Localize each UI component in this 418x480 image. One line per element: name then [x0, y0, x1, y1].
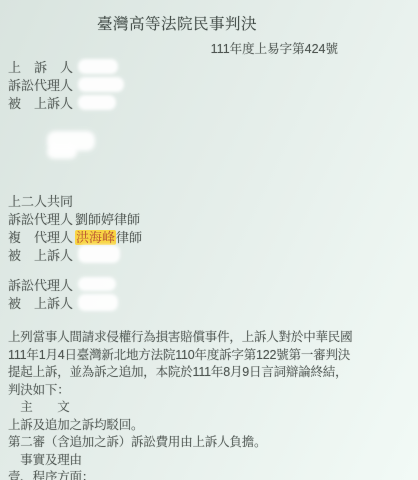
party-label: 複 代理人 — [8, 227, 73, 246]
body-line: 111年1月4日臺灣新北地方法院110年度訴字第122號第一審判決 — [8, 347, 418, 365]
party-row-appellee: 被 上訴人 — [0, 93, 418, 111]
case-number: 111年度上易字第424號 — [0, 39, 418, 57]
party-label: 被 上訴人 — [8, 293, 73, 312]
redaction-blob — [78, 294, 118, 311]
redaction-blob — [78, 77, 124, 92]
party-row-appellant: 上 訴 人 — [0, 57, 418, 75]
party-name: 洪海峰律師 — [75, 227, 142, 246]
ruling-line: 上訴及追加之訴均駁回。 — [8, 417, 418, 435]
party-label: 訴訟代理人 — [8, 209, 73, 228]
party-label: 被 上訴人 — [8, 93, 73, 112]
judgment-body: 上列當事人間請求侵權行為損害賠償事件，上訴人對於中華民國 111年1月4日臺灣新… — [0, 329, 418, 480]
highlighted-name: 洪海峰 — [75, 230, 116, 245]
redaction-blob — [78, 95, 116, 110]
party-row-appellee: 被 上訴人 — [0, 293, 418, 311]
party-row-joint-note: 上二人共同 — [0, 191, 418, 209]
party-label: 上 訴 人 — [8, 57, 73, 76]
party-label: 訴訟代理人 — [8, 275, 73, 294]
spacer — [0, 263, 418, 275]
spacer — [0, 311, 418, 329]
party-label: 上二人共同 — [8, 191, 73, 210]
party-row-deputy-counsel: 複 代理人 洪海峰律師 — [0, 227, 418, 245]
redaction-blob — [47, 145, 77, 159]
body-line: 提起上訴，並為訴之追加，本院於111年8月9日言詞辯論終結， — [8, 364, 418, 382]
body-line: 判決如下： — [8, 382, 418, 400]
party-row-counsel: 訴訟代理人 — [0, 75, 418, 93]
judgment-document: 臺灣高等法院民事判決 111年度上易字第424號 上 訴 人 訴訟代理人 被 上… — [0, 0, 418, 480]
redaction-blob — [78, 245, 120, 263]
party-row-counsel-liu: 訴訟代理人 劉師婷律師 — [0, 209, 418, 227]
page-title: 臺灣高等法院民事判決 — [0, 0, 418, 32]
party-row-counsel: 訴訟代理人 — [0, 275, 418, 293]
party-name: 劉師婷律師 — [75, 209, 140, 228]
procedure-heading: 壹、程序方面： — [8, 469, 418, 480]
facts-reasons-heading: 事實及理由 — [8, 452, 418, 470]
party-label: 被 上訴人 — [8, 245, 73, 264]
redacted-address-area — [0, 111, 418, 191]
name-suffix: 律師 — [116, 230, 142, 245]
redaction-blob — [78, 59, 118, 74]
party-row-appellee: 被 上訴人 — [0, 245, 418, 263]
costs-line: 第二審（含追加之訴）訴訟費用由上訴人負擔。 — [8, 434, 418, 452]
main-text-heading: 主 文 — [8, 399, 418, 417]
redaction-blob — [78, 277, 116, 291]
body-line: 上列當事人間請求侵權行為損害賠償事件，上訴人對於中華民國 — [8, 329, 418, 347]
party-label: 訴訟代理人 — [8, 75, 73, 94]
